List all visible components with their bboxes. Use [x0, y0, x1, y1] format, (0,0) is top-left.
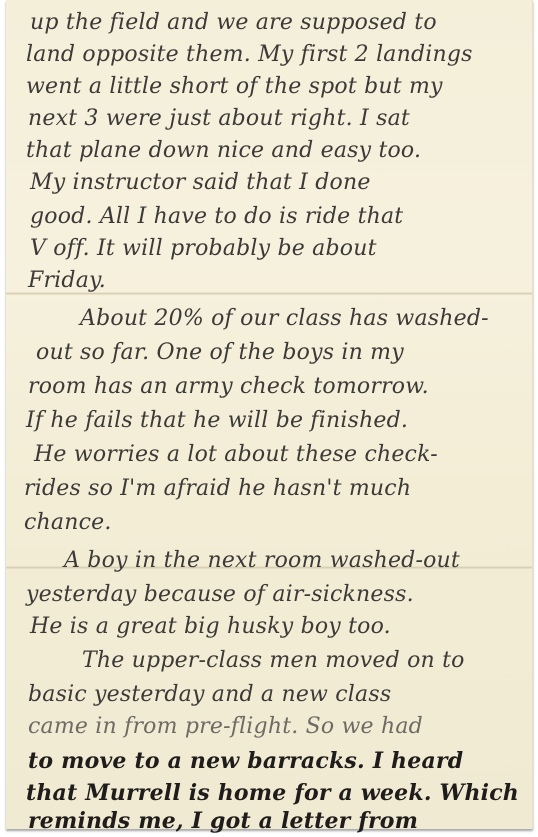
text-line: rides so I'm afraid he hasn't much — [24, 476, 411, 501]
text-line: My instructor said that I done — [30, 170, 371, 195]
text-line: came in from pre-flight. So we had — [28, 714, 423, 739]
text-line: good. All I have to do is ride that — [30, 204, 403, 229]
text-line: About 20% of our class has washed- — [80, 306, 489, 331]
text-line: The upper-class men moved on to — [82, 648, 465, 673]
letter-page: up the field and we are supposed toland … — [6, 0, 533, 829]
text-line: yesterday because of air-sickness. — [26, 582, 414, 607]
text-line: Friday. — [28, 268, 106, 293]
text-line: reminds me, I got a letter from — [28, 808, 418, 834]
text-line: went a little short of the spot but my — [26, 74, 443, 99]
text-line: that plane down nice and easy too. — [26, 138, 421, 163]
text-line: If he fails that he will be finished. — [26, 408, 408, 433]
text-line: to move to a new barracks. I heard — [28, 748, 463, 774]
text-line: room has an army check tomorrow. — [28, 374, 429, 399]
text-line: A boy in the next room washed-out — [64, 548, 460, 573]
text-line: that Murrell is home for a week. Which — [26, 780, 519, 806]
text-line: up the field and we are supposed to — [30, 10, 437, 35]
handwritten-text: up the field and we are supposed toland … — [6, 0, 532, 829]
text-line: V off. It will probably be about — [30, 236, 377, 261]
text-line: basic yesterday and a new class — [28, 682, 391, 707]
text-line: next 3 were just about right. I sat — [28, 106, 410, 131]
text-line: chance. — [24, 510, 112, 535]
text-line: He worries a lot about these check- — [34, 442, 438, 467]
text-line: land opposite them. My first 2 landings — [26, 42, 473, 67]
text-line: out so far. One of the boys in my — [36, 340, 404, 365]
text-line: He is a great big husky boy too. — [30, 614, 391, 639]
